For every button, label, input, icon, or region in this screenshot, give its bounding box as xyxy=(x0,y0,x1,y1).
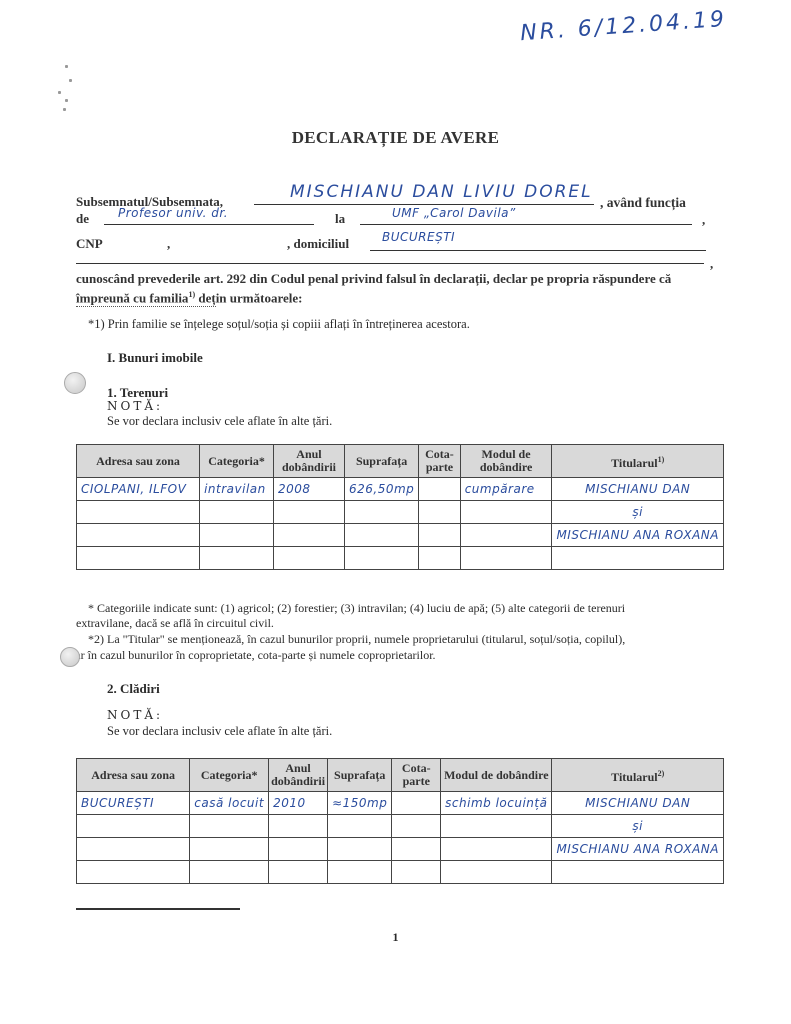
table-cell: MISCHIANU ANA ROXANA xyxy=(552,838,724,861)
column-header: Anul dobândirii xyxy=(273,445,344,478)
section-bunuri-imobile: I. Bunuri imobile xyxy=(107,350,203,366)
statement-text: cunoscând prevederile art. 292 din Codul… xyxy=(76,271,671,305)
table-cell xyxy=(419,478,460,501)
titular-note-line-1: *2) La "Titular" se menționează, în cazu… xyxy=(88,632,625,647)
table-cell: ≈150mp xyxy=(328,792,392,815)
table-cell xyxy=(269,815,328,838)
terenuri-nota-label: NOTĂ: xyxy=(107,399,163,413)
table-row: BUCUREȘTIcasă locuit2010≈150mpschimb loc… xyxy=(77,792,724,815)
terenuri-body: CIOLPANI, ILFOVintravilan2008626,50mpcum… xyxy=(77,478,724,570)
de-label: de xyxy=(76,211,89,227)
scan-punch-hole xyxy=(64,372,86,394)
table-cell xyxy=(392,861,441,884)
column-header: Cota-parte xyxy=(392,759,441,792)
function-value: Profesor univ. dr. xyxy=(118,206,228,220)
titular-note-line-2: iar în cazul bunurilor în coproprietate,… xyxy=(72,648,436,663)
table-cell xyxy=(77,838,190,861)
statement-end: dețin următoarele: xyxy=(195,290,302,305)
function-field: Profesor univ. dr. xyxy=(104,206,314,225)
table-row: MISCHIANU ANA ROXANA xyxy=(77,524,724,547)
table-cell xyxy=(344,524,418,547)
name-field: MISCHIANU DAN LIVIU DOREL xyxy=(254,182,594,205)
categorii-note-line-1: * Categoriile indicate sunt: (1) agricol… xyxy=(88,601,625,616)
table-cell: și xyxy=(552,501,724,524)
page-number: 1 xyxy=(0,930,791,945)
table-cell xyxy=(441,838,552,861)
table-cell xyxy=(392,838,441,861)
table-row: MISCHIANU ANA ROXANA xyxy=(77,838,724,861)
table-cell: schimb locuință xyxy=(441,792,552,815)
comma-1: , xyxy=(702,212,705,228)
terenuri-nota-text: Se vor declara inclusiv cele aflate în a… xyxy=(107,414,332,429)
table-cell xyxy=(460,501,552,524)
domiciliul-label: , domiciliul xyxy=(287,236,349,252)
cladiri-body: BUCUREȘTIcasă locuit2010≈150mpschimb loc… xyxy=(77,792,724,884)
table-cell xyxy=(190,861,269,884)
table-cell xyxy=(200,547,274,570)
table-cell xyxy=(344,501,418,524)
table-cell: BUCUREȘTI xyxy=(77,792,190,815)
titular-sup: 2) xyxy=(658,769,665,778)
table-cell xyxy=(460,547,552,570)
table-cell xyxy=(441,861,552,884)
column-header: Modul de dobândire xyxy=(460,445,552,478)
column-header: Titularul1) xyxy=(552,445,724,478)
table-cell xyxy=(328,838,392,861)
table-cell xyxy=(441,815,552,838)
table-cell xyxy=(200,524,274,547)
table-cell xyxy=(419,501,460,524)
table-row xyxy=(77,861,724,884)
institution-value: UMF „Carol Davila” xyxy=(392,206,516,220)
terenuri-table: Adresa sau zonaCategoria*Anul dobândirii… xyxy=(76,444,724,570)
titular-sup: 1) xyxy=(658,455,665,464)
column-header: Categoria* xyxy=(200,445,274,478)
table-cell xyxy=(419,524,460,547)
domicile-field: BUCUREȘTI xyxy=(370,230,706,251)
cladiri-header-row: Adresa sau zonaCategoria*Anul dobândirii… xyxy=(77,759,724,792)
table-cell xyxy=(77,501,200,524)
table-row xyxy=(77,547,724,570)
table-cell xyxy=(344,547,418,570)
table-cell: 626,50mp xyxy=(344,478,418,501)
column-header: Anul dobândirii xyxy=(269,759,328,792)
table-cell xyxy=(77,547,200,570)
table-cell xyxy=(273,501,344,524)
name-value: MISCHIANU DAN LIVIU DOREL xyxy=(290,182,593,202)
table-cell xyxy=(190,838,269,861)
categorii-note-line-2: extravilane, dacă se află în circuitul c… xyxy=(76,616,274,631)
scan-specks xyxy=(55,62,75,122)
table-cell: MISCHIANU DAN xyxy=(552,792,724,815)
column-header: Modul de dobândire xyxy=(441,759,552,792)
table-cell: intravilan xyxy=(200,478,274,501)
table-cell: MISCHIANU DAN xyxy=(552,478,724,501)
table-cell xyxy=(419,547,460,570)
table-cell: 2008 xyxy=(273,478,344,501)
table-cell xyxy=(77,524,200,547)
table-cell xyxy=(77,815,190,838)
comma-2: , xyxy=(710,256,713,272)
registration-number: NR. 6/12.04.19 xyxy=(519,7,727,46)
table-cell xyxy=(190,815,269,838)
document-title: DECLARAȚIE DE AVERE xyxy=(0,128,791,148)
table-cell xyxy=(460,524,552,547)
table-cell xyxy=(77,861,190,884)
terenuri-header-row: Adresa sau zonaCategoria*Anul dobândirii… xyxy=(77,445,724,478)
table-cell xyxy=(269,838,328,861)
table-cell xyxy=(273,524,344,547)
column-header: Suprafața xyxy=(344,445,418,478)
table-cell xyxy=(328,815,392,838)
table-row: CIOLPANI, ILFOVintravilan2008626,50mpcum… xyxy=(77,478,724,501)
column-header: Categoria* xyxy=(190,759,269,792)
table-cell: CIOLPANI, ILFOV xyxy=(77,478,200,501)
cladiri-nota-text: Se vor declara inclusiv cele aflate în a… xyxy=(107,724,332,739)
cladiri-nota-label: NOTĂ: xyxy=(107,708,163,722)
table-cell: cumpărare xyxy=(460,478,552,501)
statement: cunoscând prevederile art. 292 din Codul… xyxy=(76,271,716,306)
cnp-label: CNP xyxy=(76,236,103,252)
footnote-separator xyxy=(76,306,216,307)
la-label: la xyxy=(335,211,345,227)
column-header: Suprafața xyxy=(328,759,392,792)
table-cell xyxy=(392,815,441,838)
column-header: Adresa sau zona xyxy=(77,445,200,478)
cladiri-table: Adresa sau zonaCategoria*Anul dobândirii… xyxy=(76,758,724,884)
table-cell xyxy=(392,792,441,815)
scan-punch-hole-2 xyxy=(60,647,80,667)
table-row: și xyxy=(77,815,724,838)
column-header: Titularul2) xyxy=(552,759,724,792)
column-header: Cota-parte xyxy=(419,445,460,478)
table-row: și xyxy=(77,501,724,524)
table-cell xyxy=(552,861,724,884)
address-continuation-line xyxy=(76,262,704,264)
table-cell xyxy=(273,547,344,570)
table-cell xyxy=(552,547,724,570)
table-cell: casă locuit xyxy=(190,792,269,815)
table-cell xyxy=(200,501,274,524)
cnp-value: , xyxy=(167,236,170,252)
table-cell xyxy=(269,861,328,884)
table-cell: și xyxy=(552,815,724,838)
column-header: Adresa sau zona xyxy=(77,759,190,792)
table-cell: MISCHIANU ANA ROXANA xyxy=(552,524,724,547)
footnote-rule xyxy=(76,908,240,910)
table-cell: 2010 xyxy=(269,792,328,815)
domicile-value: BUCUREȘTI xyxy=(382,230,455,244)
cladiri-heading: 2. Clădiri xyxy=(107,681,160,697)
table-cell xyxy=(328,861,392,884)
institution-field: UMF „Carol Davila” xyxy=(360,206,692,225)
footnote-1: *1) Prin familie se înțelege soțul/soția… xyxy=(88,317,470,332)
